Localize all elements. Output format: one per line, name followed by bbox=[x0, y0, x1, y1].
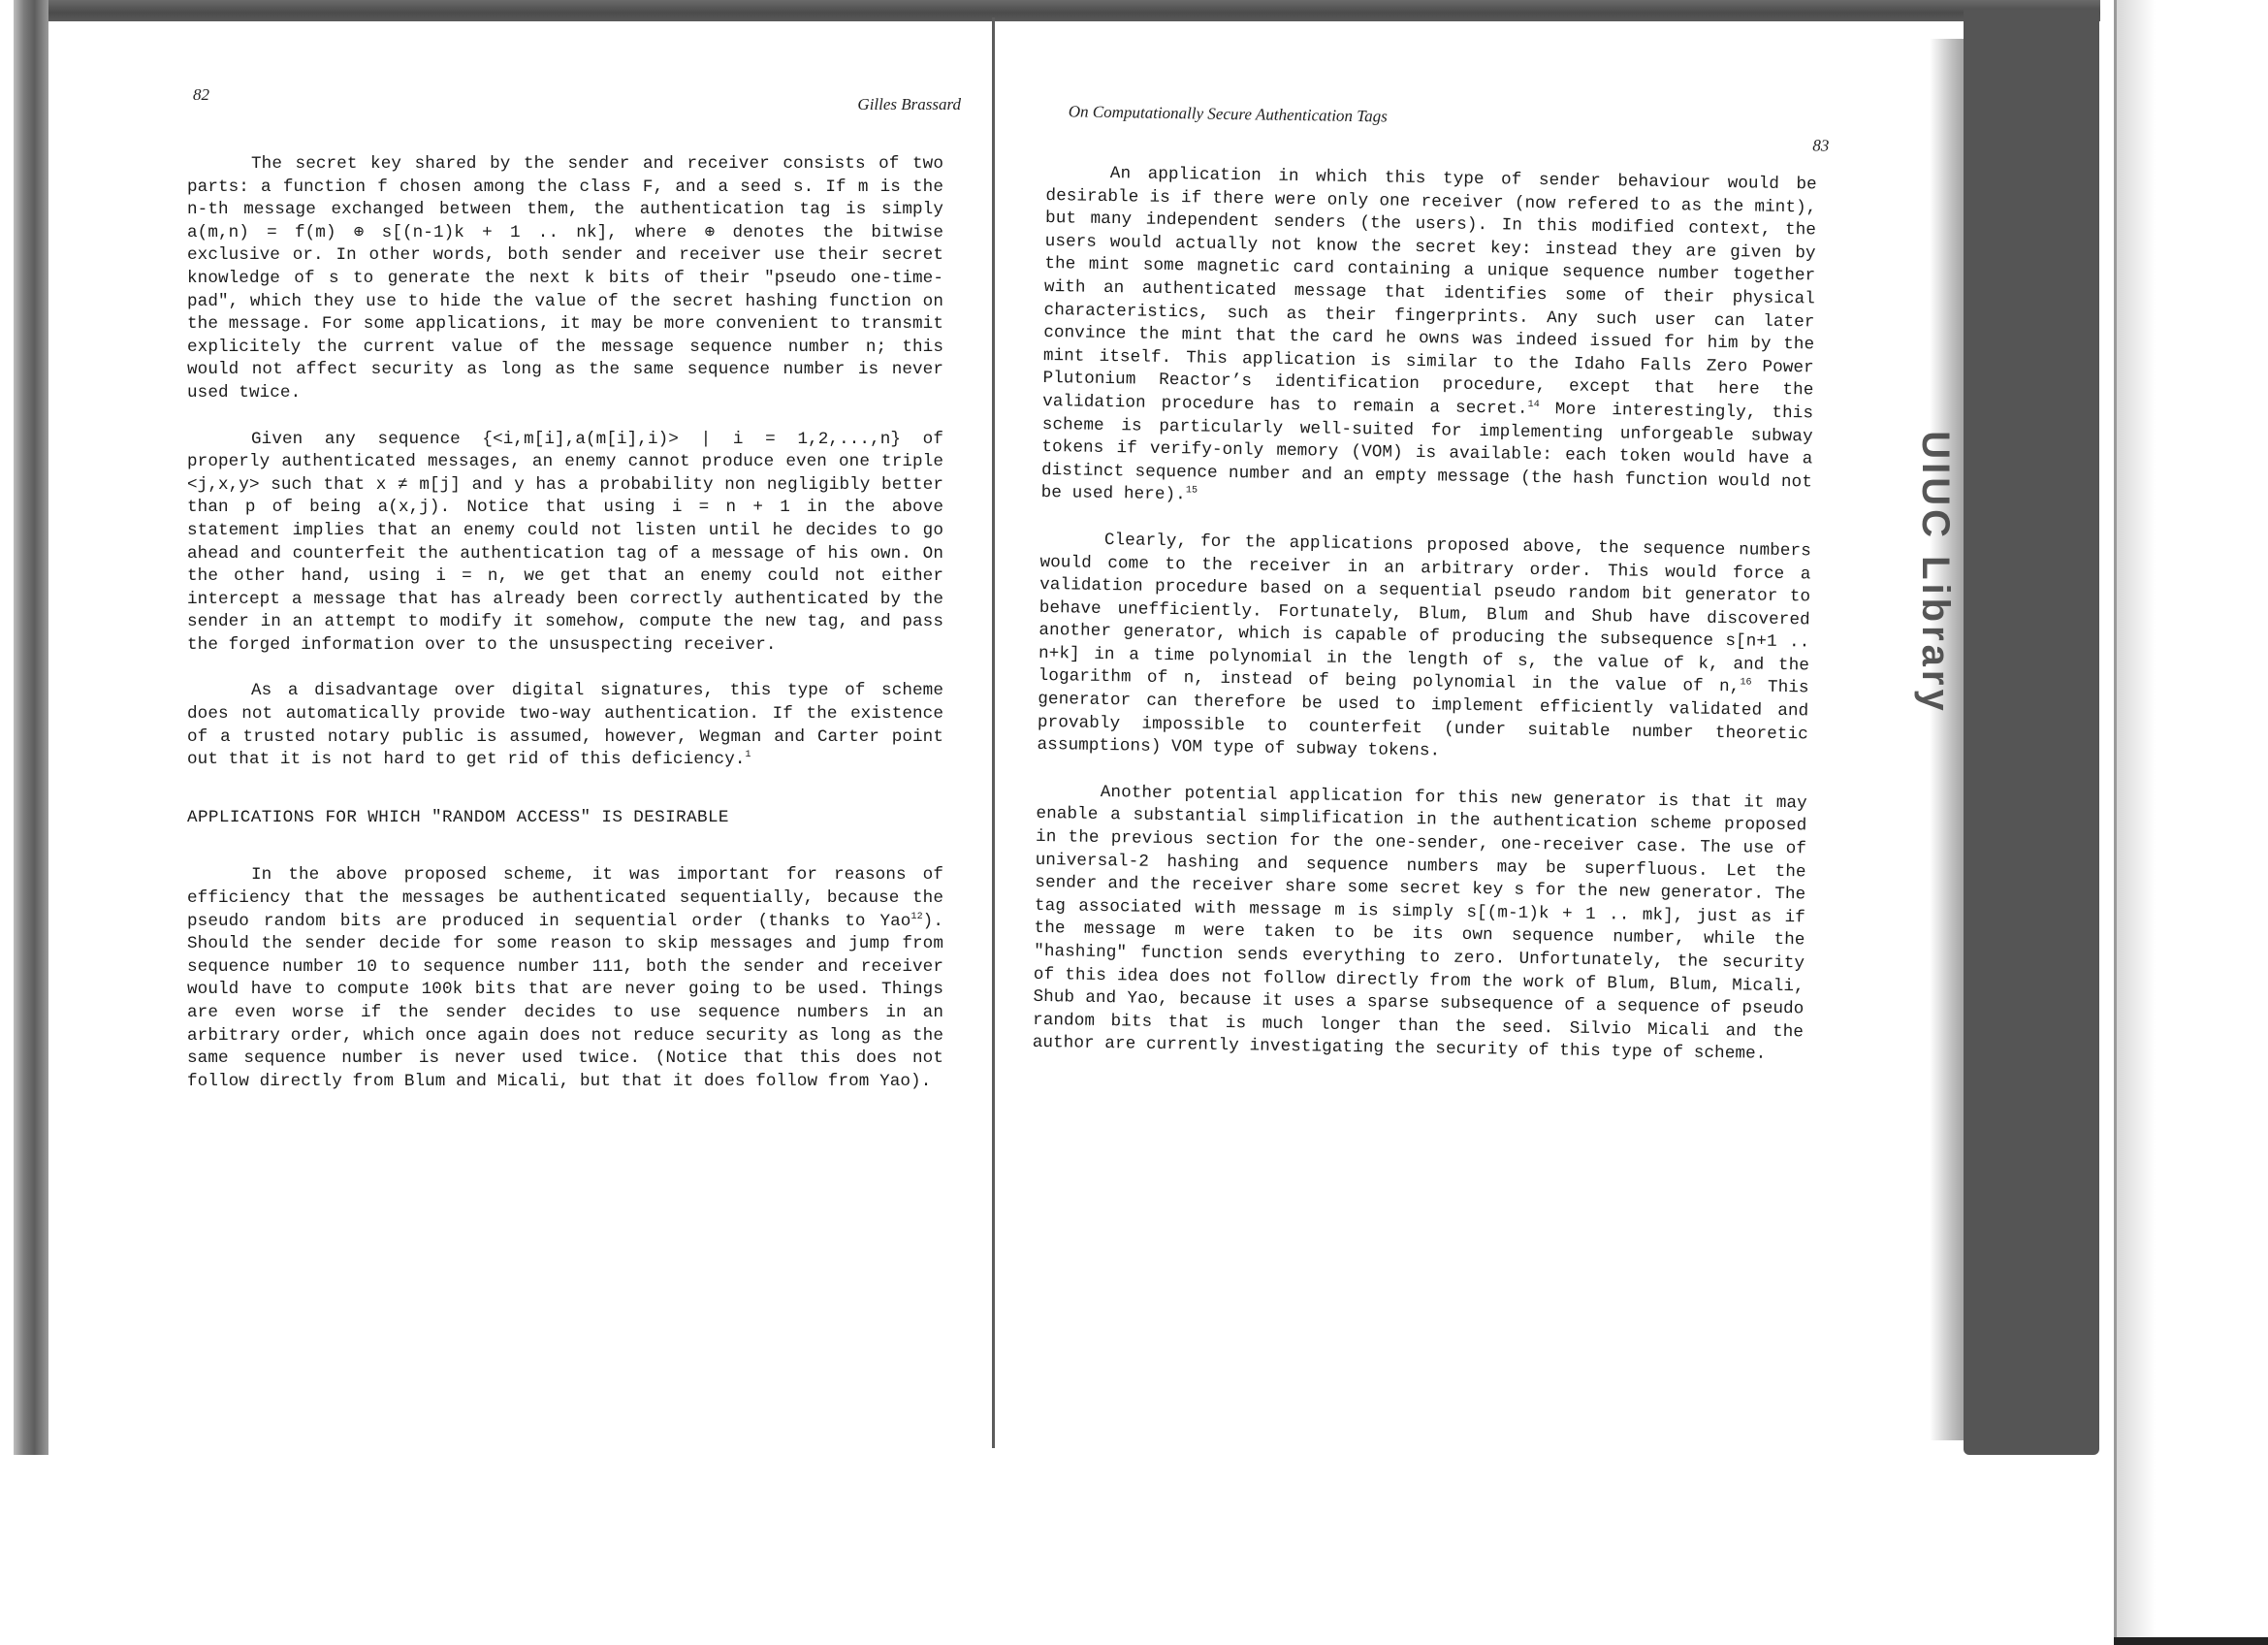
paragraph: The secret key shared by the sender and … bbox=[187, 153, 943, 405]
paragraph: In the above proposed scheme, it was imp… bbox=[187, 864, 943, 1093]
book-gutter bbox=[992, 17, 995, 1448]
paragraph: Given any sequence {<i,m[i],a(m[i],i)> |… bbox=[187, 429, 943, 658]
running-head-author: Gilles Brassard bbox=[857, 95, 961, 114]
scan-edge-fade bbox=[2117, 0, 2156, 1645]
scan-corner-shadow bbox=[2114, 1637, 2268, 1645]
paragraph: Another potential application for this n… bbox=[1033, 781, 1807, 1068]
footnote-ref: 16 bbox=[1740, 678, 1751, 689]
page-curl-shadow bbox=[1930, 39, 1968, 1440]
footnote-ref: 15 bbox=[1186, 486, 1198, 497]
footnote-ref: 12 bbox=[910, 912, 922, 922]
page-number: 82 bbox=[193, 85, 209, 105]
section-heading: APPLICATIONS FOR WHICH "RANDOM ACCESS" I… bbox=[187, 807, 943, 830]
paragraph: As a disadvantage over digital signature… bbox=[187, 680, 943, 771]
scan-shadow-top bbox=[14, 0, 2100, 21]
right-page: On Computationally Secure Authentication… bbox=[1047, 102, 1818, 113]
footnote-ref: 14 bbox=[1528, 400, 1540, 410]
scan-shadow-left bbox=[14, 0, 48, 1455]
scan-shadow-right bbox=[1964, 10, 2099, 1455]
library-stamp-text: UIUC Library bbox=[1913, 431, 1957, 715]
library-stamp: UIUC Library bbox=[1901, 427, 1968, 718]
left-body: The secret key shared by the sender and … bbox=[187, 153, 943, 1116]
paragraph: Clearly, for the applications proposed a… bbox=[1037, 529, 1811, 769]
running-head-title: On Computationally Secure Authentication… bbox=[1069, 102, 1388, 126]
footnote-ref: 1 bbox=[746, 750, 751, 760]
paragraph: An application in which this type of sen… bbox=[1040, 162, 1816, 517]
right-body: An application in which this type of sen… bbox=[1032, 162, 1817, 1090]
page-number: 83 bbox=[1812, 136, 1829, 155]
